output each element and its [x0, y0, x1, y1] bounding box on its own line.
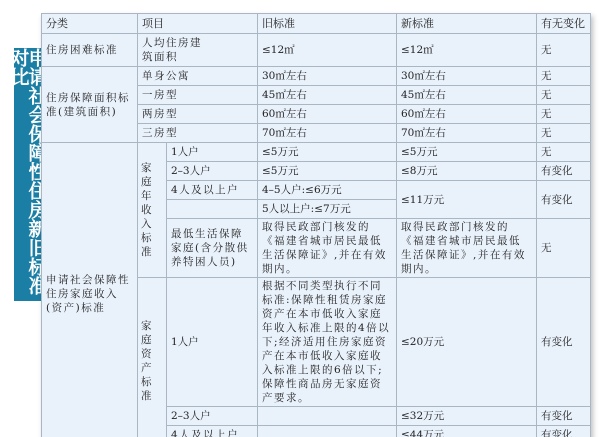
old-standard-cell: 根据不同类型执行不同标准:保障性租赁房家庭资产在本市低收入家庭年收入标准上限的4…: [258, 278, 397, 407]
new-standard-cell: ≤20万元: [397, 278, 537, 407]
comparison-table-container: 分类 项目 旧标准 新标准 有无变化 住房困难标准 人均住房建筑面积 ≤12㎡ …: [41, 13, 591, 437]
changed-cell: 无: [537, 86, 591, 105]
old-standard-cell: 70㎡左右: [258, 124, 397, 143]
item-text: 人均住房建筑面积: [142, 36, 202, 64]
old-standard-cell: 30㎡左右: [258, 67, 397, 86]
changed-cell: 有变化: [537, 426, 591, 437]
header-row: 分类 项目 旧标准 新标准 有无变化: [42, 14, 591, 34]
old-standard-cell: ≤5万元: [258, 143, 397, 162]
changed-cell: 有变化: [537, 181, 591, 219]
changed-cell: 有变化: [537, 278, 591, 407]
item-cell: 人均住房建筑面积: [138, 34, 258, 67]
comparison-table: 分类 项目 旧标准 新标准 有无变化 住房困难标准 人均住房建筑面积 ≤12㎡ …: [41, 13, 591, 437]
new-standard-cell: ≤12㎡: [397, 34, 537, 67]
changed-cell: 无: [537, 105, 591, 124]
old-standard-cell: 45㎡左右: [258, 86, 397, 105]
new-standard-cell: ≤32万元: [397, 407, 537, 426]
old-standard-cell: [258, 407, 397, 426]
item-cell: 单身公寓: [138, 67, 258, 86]
item-cell: 两房型: [138, 105, 258, 124]
old-standard-cell: 4–5人户:≤6万元: [258, 181, 397, 200]
changed-cell: 有变化: [537, 407, 591, 426]
category-cell: 申请社会保障性住房家庭收入(资产)标准: [42, 143, 138, 437]
header-item: 项目: [138, 14, 258, 34]
header-new-standard: 新标准: [397, 14, 537, 34]
item-cell: [167, 200, 258, 219]
subcategory-cell: 家庭年收入标准: [138, 143, 167, 278]
old-standard-cell: ≤12㎡: [258, 34, 397, 67]
old-standard-cell: 60㎡左右: [258, 105, 397, 124]
new-standard-cell: ≤5万元: [397, 143, 537, 162]
new-standard-cell: 60㎡左右: [397, 105, 537, 124]
new-standard-cell: ≤44万元: [397, 426, 537, 437]
item-cell: 三房型: [138, 124, 258, 143]
old-standard-cell: ≤5万元: [258, 162, 397, 181]
header-changed: 有无变化: [537, 14, 591, 34]
changed-cell: 无: [537, 34, 591, 67]
category-cell: 住房保障面积标准(建筑面积): [42, 67, 138, 143]
item-cell: 1人户: [167, 143, 258, 162]
title-banner: 申请社会保障性住房新旧标准对比: [14, 48, 41, 301]
new-standard-cell: 45㎡左右: [397, 86, 537, 105]
new-standard-cell: 70㎡左右: [397, 124, 537, 143]
changed-cell: 无: [537, 67, 591, 86]
old-standard-cell: [258, 426, 397, 437]
category-cell: 住房困难标准: [42, 34, 138, 67]
changed-cell: 无: [537, 143, 591, 162]
old-standard-cell: 5人以上户:≤7万元: [258, 200, 397, 219]
table-row: 申请社会保障性住房家庭收入(资产)标准 家庭年收入标准 1人户 ≤5万元 ≤5万…: [42, 143, 591, 162]
table-row: 住房保障面积标准(建筑面积) 单身公寓 30㎡左右 30㎡左右 无: [42, 67, 591, 86]
item-cell: 1人户: [167, 278, 258, 407]
old-standard-cell: 取得民政部门核发的《福建省城市居民最低生活保障证》,并在有效期内。: [258, 219, 397, 278]
item-cell: 2–3人户: [167, 162, 258, 181]
header-old-standard: 旧标准: [258, 14, 397, 34]
new-standard-cell: 取得民政部门核发的《福建省城市居民最低生活保障证》,并在有效期内。: [397, 219, 537, 278]
changed-cell: 有变化: [537, 162, 591, 181]
new-standard-cell: 30㎡左右: [397, 67, 537, 86]
item-cell: 4人及以上户: [167, 426, 258, 437]
item-cell: 4人及以上户: [167, 181, 258, 200]
changed-cell: 无: [537, 219, 591, 278]
item-cell: 一房型: [138, 86, 258, 105]
new-standard-cell: ≤11万元: [397, 181, 537, 219]
table-row: 住房困难标准 人均住房建筑面积 ≤12㎡ ≤12㎡ 无: [42, 34, 591, 67]
changed-cell: 无: [537, 124, 591, 143]
header-category: 分类: [42, 14, 138, 34]
item-cell: 最低生活保障家庭(含分散供养特困人员): [167, 219, 258, 278]
new-standard-cell: ≤8万元: [397, 162, 537, 181]
subcategory-cell: 家庭资产标准: [138, 278, 167, 437]
item-cell: 2–3人户: [167, 407, 258, 426]
